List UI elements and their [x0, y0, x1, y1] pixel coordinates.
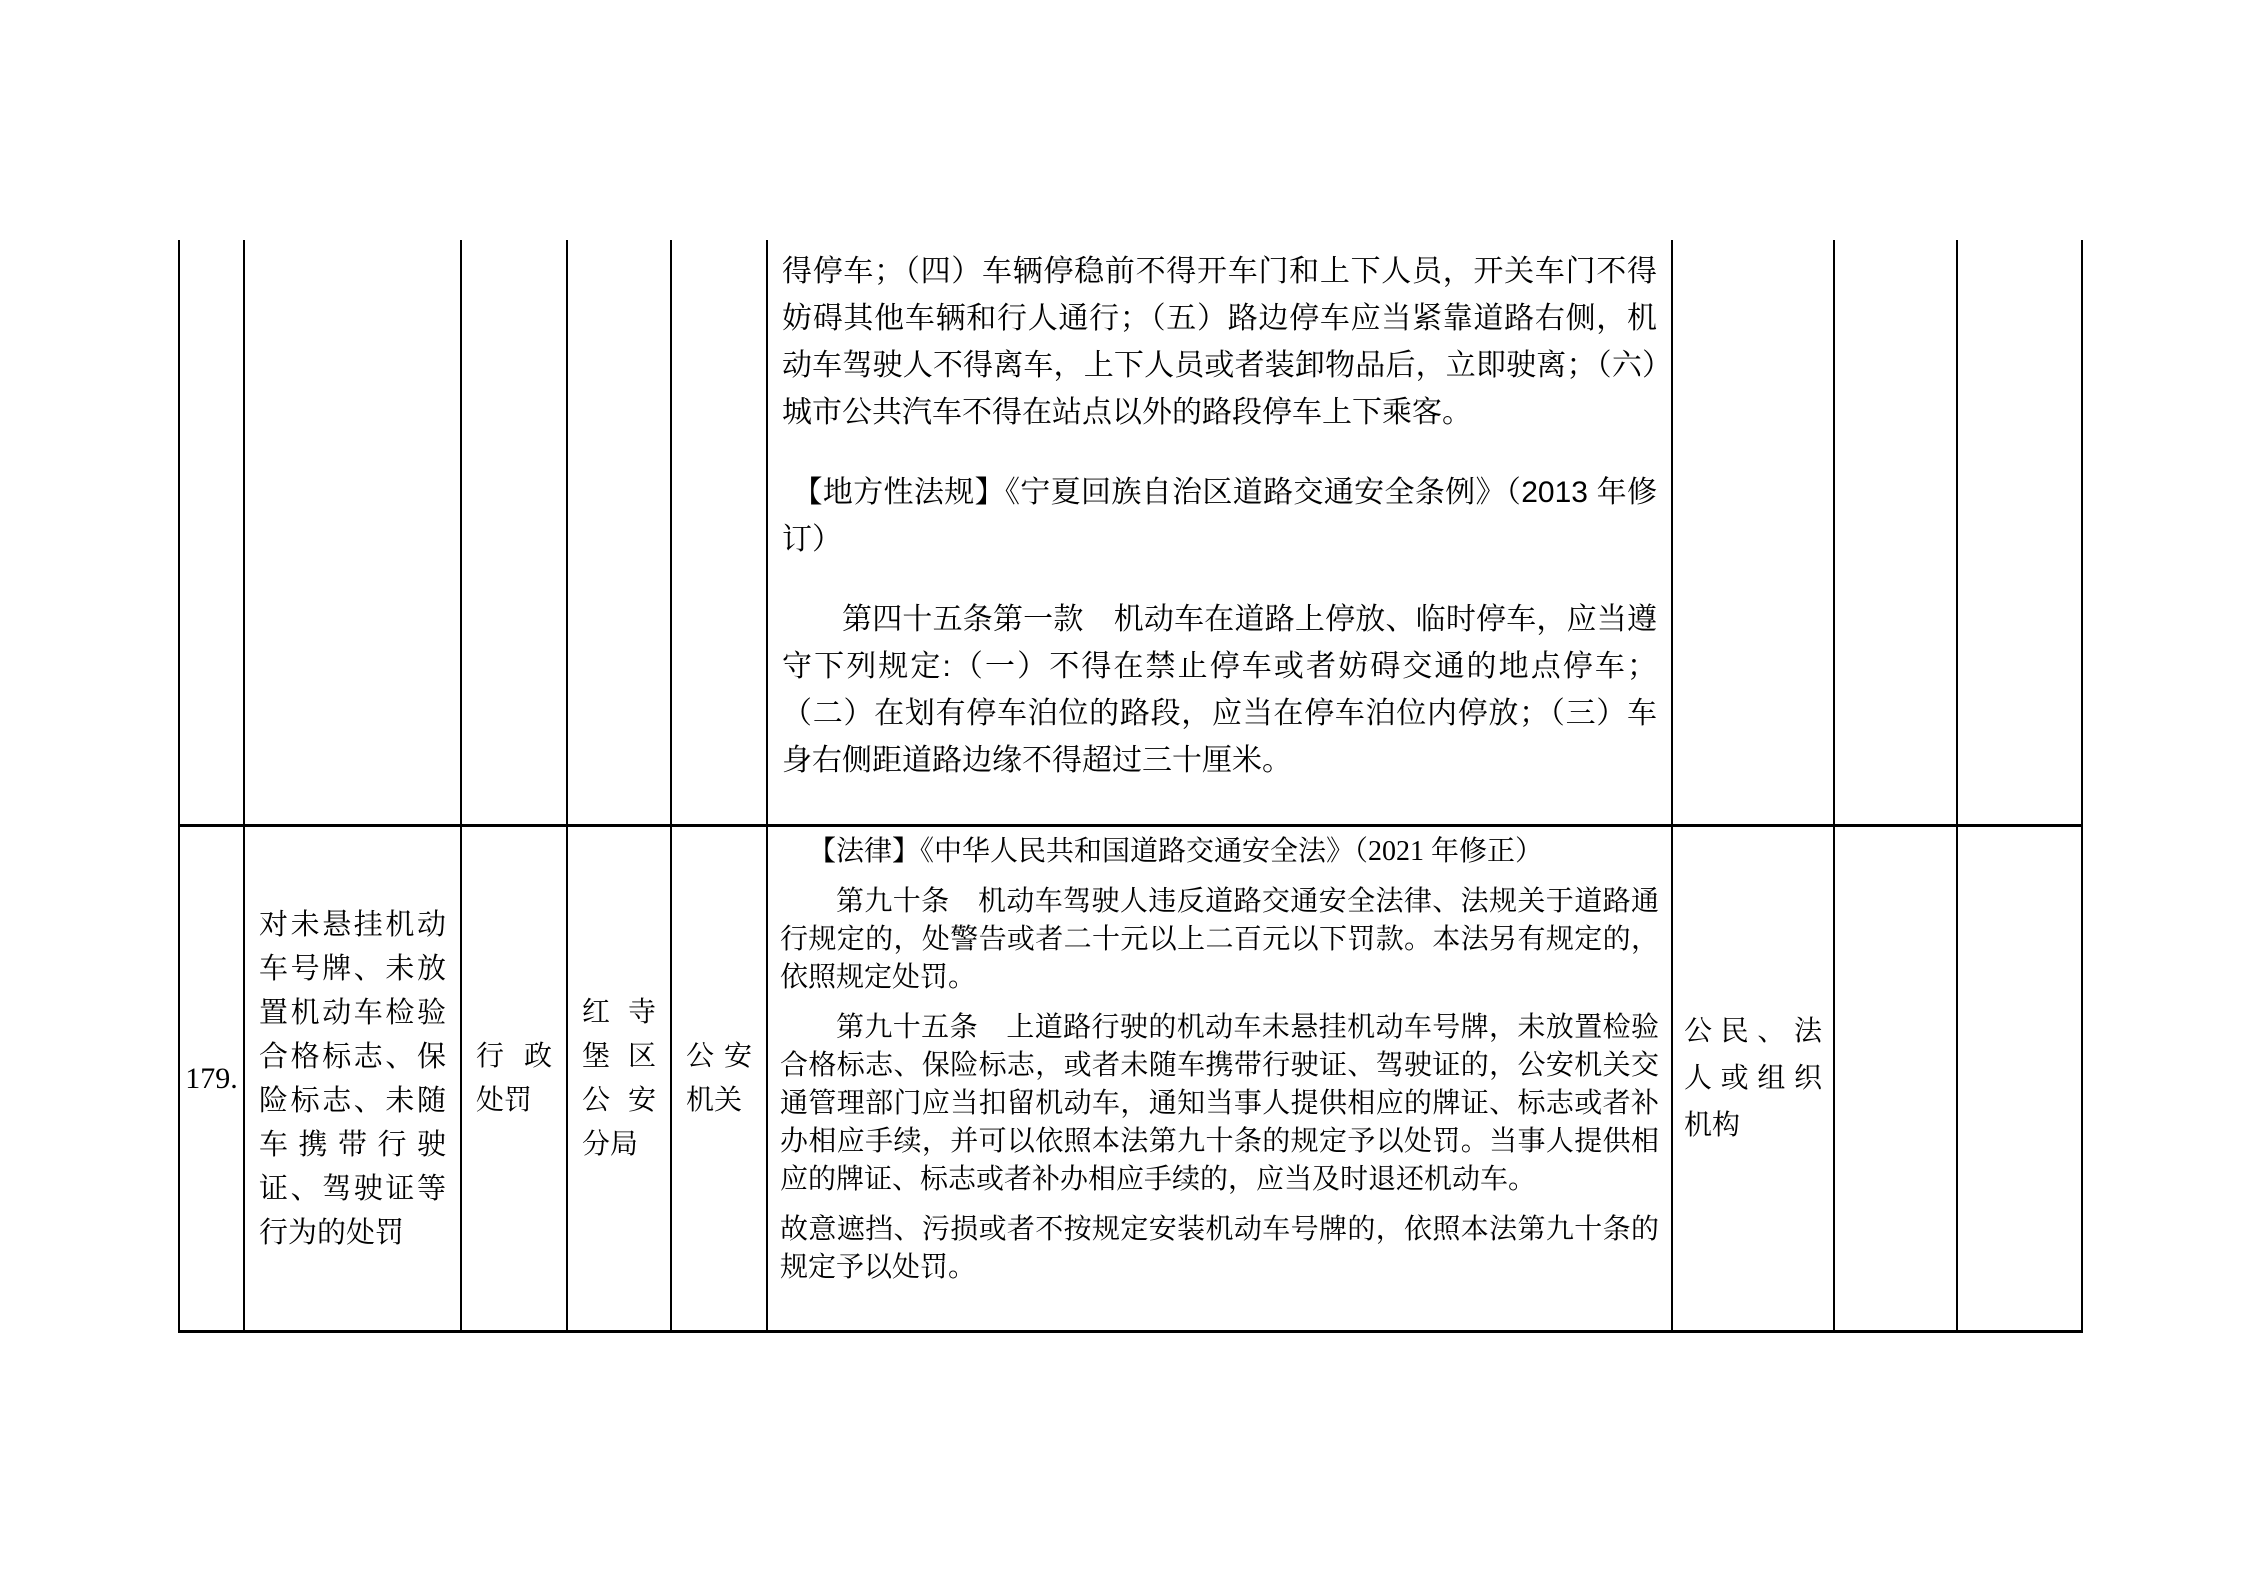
continuation-agency-nature-cell: [672, 240, 768, 824]
table-row-continuation: 得停车；（四）车辆停稳前不得开车门和上下人员，开关车门不得妨碍其他车辆和行人通行…: [178, 240, 2083, 824]
item-name: 对未悬挂机动车号牌、未放置机动车检验合格标志、保险标志、未随车携带行驶证、驾驶证…: [259, 903, 446, 1255]
empty-cell-1: [1835, 827, 1958, 1330]
legal-paragraph: 得停车；（四）车辆停稳前不得开车门和上下人员，开关车门不得妨碍其他车辆和行人通行…: [782, 248, 1657, 436]
legal-paragraph: 第九十条 机动车驾驶人违反道路交通安全法律、法规关于道路通行规定的，处警告或者二…: [780, 883, 1659, 997]
legal-paragraph: 【地方性法规】《宁夏回族自治区道路交通安全条例》（2013 年修订）: [782, 469, 1657, 563]
legal-paragraph: 第九十五条 上道路行驶的机动车未悬挂机动车号牌，未放置检验合格标志、保险标志，或…: [780, 1009, 1659, 1199]
implementing-agency-cell: 红寺堡区公安分局: [568, 827, 672, 1330]
legal-basis-cell: 【法律】《中华人民共和国道路交通安全法》（2021 年修正） 第九十条 机动车驾…: [768, 827, 1673, 1330]
continuation-empty-cell-1: [1835, 240, 1958, 824]
item-name-cell: 对未悬挂机动车号牌、未放置机动车检验合格标志、保险标志、未随车携带行驶证、驾驶证…: [245, 827, 462, 1330]
penalty-target-cell: 公民、法人或组织机构: [1673, 827, 1835, 1330]
continuation-index-cell: [178, 240, 245, 824]
penalty-type-cell: 行政处罚: [462, 827, 568, 1330]
document-page: 得停车；（四）车辆停稳前不得开车门和上下人员，开关车门不得妨碍其他车辆和行人通行…: [0, 0, 2245, 1587]
continuation-agency-cell: [568, 240, 672, 824]
penalty-items-table: 得停车；（四）车辆停稳前不得开车门和上下人员，开关车门不得妨碍其他车辆和行人通行…: [178, 240, 2083, 1333]
continuation-penalty-type-cell: [462, 240, 568, 824]
legal-paragraph: 故意遮挡、污损或者不按规定安装机动车号牌的，依照本法第九十条的规定予以处罚。: [780, 1211, 1659, 1287]
legal-paragraph: 第四十五条第一款 机动车在道路上停放、临时停车，应当遵守下列规定:（一）不得在禁…: [782, 596, 1657, 784]
continuation-target-cell: [1673, 240, 1835, 824]
agency-nature-cell: 公安机关: [672, 827, 768, 1330]
continuation-item-name-cell: [245, 240, 462, 824]
agency-nature: 公安机关: [686, 1035, 752, 1123]
legal-paragraph: 【法律】《中华人民共和国道路交通安全法》（2021 年修正）: [780, 833, 1659, 871]
continuation-empty-cell-2: [1958, 240, 2083, 824]
table-row-179: 179. 对未悬挂机动车号牌、未放置机动车检验合格标志、保险标志、未随车携带行驶…: [178, 824, 2083, 1330]
empty-cell-2: [1958, 827, 2083, 1330]
row-index: 179.: [180, 1062, 243, 1096]
continuation-legal-basis-cell: 得停车；（四）车辆停稳前不得开车门和上下人员，开关车门不得妨碍其他车辆和行人通行…: [768, 240, 1673, 824]
penalty-target: 公民、法人或组织机构: [1684, 1008, 1822, 1149]
row-index-cell: 179.: [178, 827, 245, 1330]
penalty-type: 行政处罚: [476, 1035, 552, 1123]
implementing-agency: 红寺堡区公安分局: [582, 991, 656, 1167]
